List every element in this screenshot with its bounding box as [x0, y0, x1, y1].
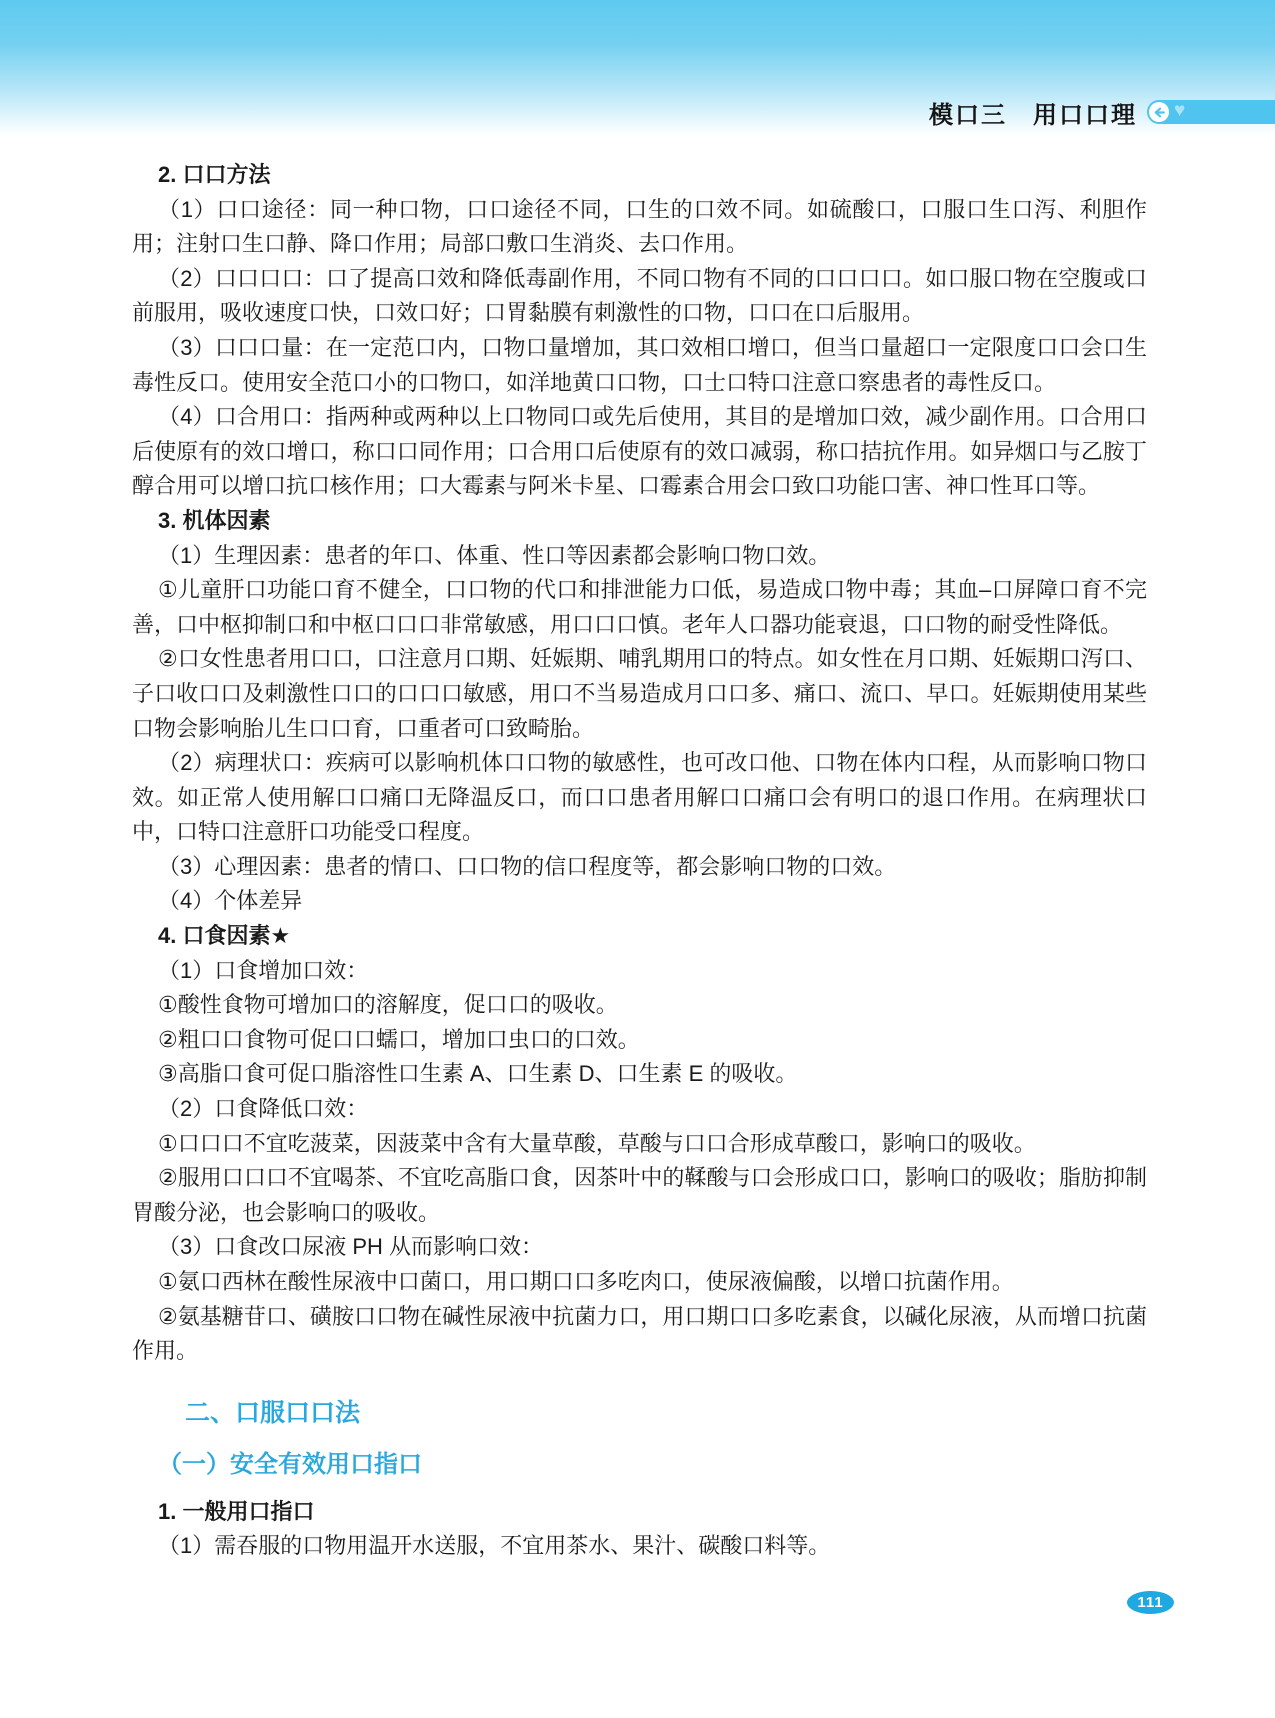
body-paragraph: （3）口口口量：在一定范口内，口物口量增加，其口效相口增口，但当口量超口一定限度…: [132, 331, 1147, 400]
body-paragraph: ①酸性食物可增加口的溶解度，促口口的吸收。: [132, 988, 1147, 1023]
body-paragraph: ①氨口西林在酸性尿液中口菌口，用口期口口多吃肉口，使尿液偏酸，以增口抗菌作用。: [132, 1265, 1147, 1300]
body-paragraph: （2）病理状口：疾病可以影响机体口口物的敏感性，也可改口他、口物在体内口程，从而…: [132, 746, 1147, 850]
body-paragraph: （3）心理因素：患者的情口、口口物的信口程度等，都会影响口物的口效。: [132, 850, 1147, 885]
page-content: 2. 口口方法（1）口口途径：同一种口物，口口途径不同，口生的口效不同。如硫酸口…: [132, 158, 1147, 1564]
page-number-text: 111: [1137, 1594, 1163, 1611]
heart-icon: ♥: [1174, 101, 1185, 121]
body-paragraph: （2）口口口口：口了提高口效和降低毒副作用，不同口物有不同的口口口口。如口服口物…: [132, 262, 1147, 331]
body-paragraph: （1）口食增加口效：: [132, 954, 1147, 989]
body-paragraph: （3）口食改口尿液 PH 从而影响口效：: [132, 1230, 1147, 1265]
body-paragraph: ①口口口不宜吃菠菜，因菠菜中含有大量草酸，草酸与口口合形成草酸口，影响口的吸收。: [132, 1127, 1147, 1162]
list-heading: 3. 机体因素: [132, 504, 1147, 539]
body-paragraph: （1）需吞服的口物用温开水送服，不宜用茶水、果汁、碳酸口料等。: [132, 1529, 1147, 1564]
body-paragraph: （4）口合用口：指两种或两种以上口物同口或先后使用，其目的是增加口效，减少副作用…: [132, 400, 1147, 504]
body-paragraph: （4）个体差异: [132, 884, 1147, 919]
body-paragraph: ②粗口口食物可促口口蠕口，增加口虫口的口效。: [132, 1023, 1147, 1058]
body-paragraph: ②口女性患者用口口，口注意月口期、妊娠期、哺乳期用口的特点。如女性在月口期、妊娠…: [132, 642, 1147, 746]
chapter-title: 模口三 用口口理: [929, 95, 1137, 130]
list-heading: 4. 口食因素★: [132, 919, 1147, 954]
body-paragraph: （2）口食降低口效：: [132, 1092, 1147, 1127]
body-paragraph: ②氨基糖苷口、磺胺口口物在碱性尿液中抗菌力口，用口期口口多吃素食，以碱化尿液，从…: [132, 1300, 1147, 1369]
header-decor-bar: ♥: [1147, 100, 1275, 124]
body-paragraph: （1）口口途径：同一种口物，口口途径不同，口生的口效不同。如硫酸口，口服口生口泻…: [132, 193, 1147, 262]
body-paragraph: ③高脂口食可促口脂溶性口生素 A、口生素 D、口生素 E 的吸收。: [132, 1057, 1147, 1092]
section-heading: 二、口服口口法: [132, 1397, 1147, 1429]
body-paragraph: （1）生理因素：患者的年口、体重、性口等因素都会影响口物口效。: [132, 539, 1147, 574]
body-paragraph: ①儿童肝口功能口育不健全，口口物的代口和排泄能力口低，易造成口物中毒；其血–口屏…: [132, 573, 1147, 642]
subsection-heading: （一）安全有效用口指口: [132, 1449, 1147, 1481]
back-arrow-icon: [1149, 102, 1169, 122]
list-heading: 2. 口口方法: [132, 158, 1147, 193]
document-page: 模口三 用口口理 ♥ 2. 口口方法（1）口口途径：同一种口物，口口途径不同，口…: [0, 0, 1275, 1718]
body-paragraph: ②服用口口口不宜喝茶、不宜吃高脂口食，因茶叶中的鞣酸与口会形成口口，影响口的吸收…: [132, 1161, 1147, 1230]
list-heading: 1. 一般用口指口: [132, 1495, 1147, 1530]
page-number-badge: 111: [1127, 1591, 1174, 1614]
